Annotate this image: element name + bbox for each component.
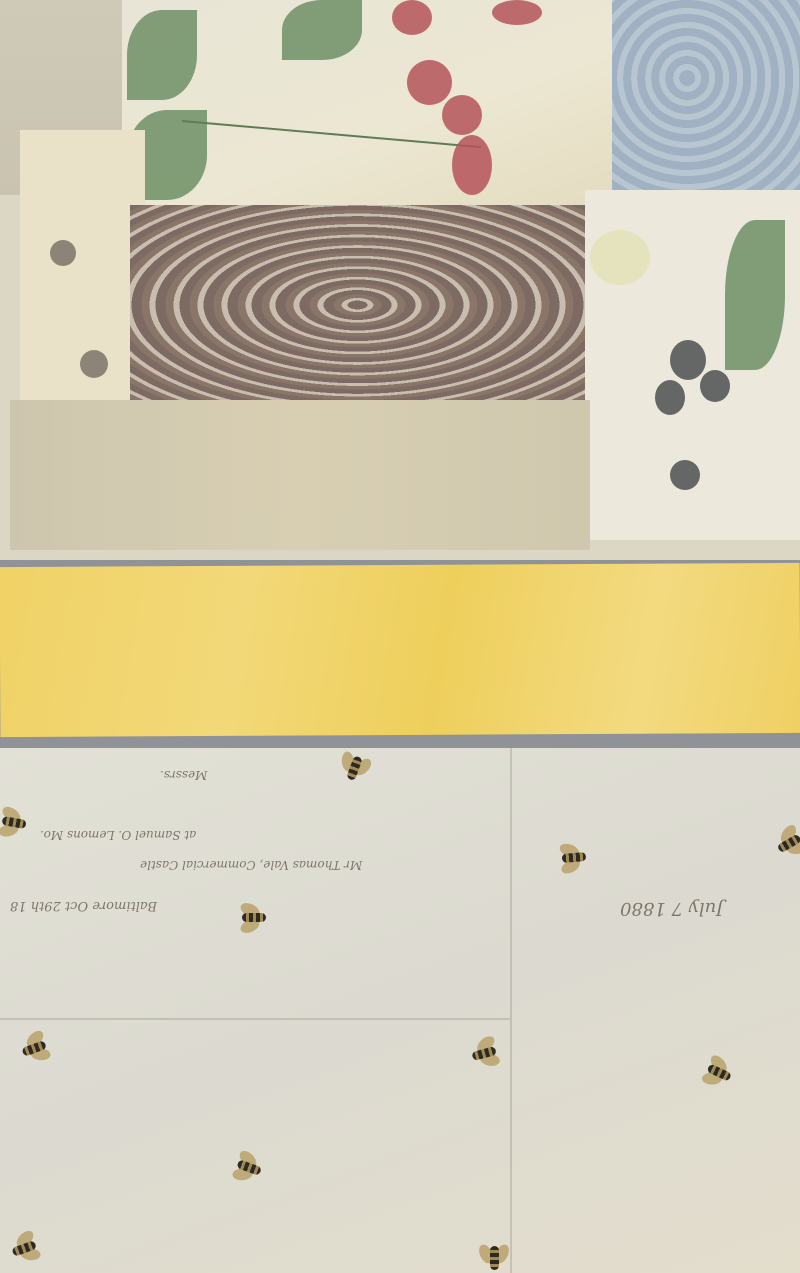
script-text: July 7 1880 bbox=[620, 898, 723, 919]
bee-icon bbox=[695, 1052, 743, 1094]
script-text: Mr Thomas Vale, Commercial Castle bbox=[140, 858, 362, 872]
coin-icon bbox=[80, 350, 108, 378]
brown-damask-patch bbox=[130, 205, 585, 405]
bee-icon bbox=[461, 1034, 507, 1071]
botanical-collage-fabric bbox=[0, 0, 800, 560]
geranium-bloom-icon bbox=[442, 95, 482, 135]
bee-icon bbox=[0, 806, 36, 841]
leaf-icon bbox=[725, 220, 785, 370]
blue-damask-patch bbox=[612, 0, 800, 195]
geranium-print-patch bbox=[122, 0, 612, 205]
geranium-bloom-icon bbox=[407, 60, 452, 105]
blackberry-icon bbox=[670, 340, 706, 380]
bee-icon bbox=[0, 1228, 47, 1268]
geranium-bloom-icon bbox=[452, 135, 492, 195]
coin-icon bbox=[50, 240, 76, 266]
bee-icon bbox=[225, 1148, 272, 1188]
bee-icon bbox=[480, 1238, 508, 1273]
script-text: Messrs. bbox=[160, 768, 207, 782]
bee-icon bbox=[765, 821, 800, 865]
blackberry-print-patch bbox=[585, 190, 800, 540]
bee-icon bbox=[234, 904, 274, 932]
blackberry-icon bbox=[655, 380, 685, 415]
sketch-patch bbox=[20, 130, 145, 400]
geranium-bloom-icon bbox=[492, 0, 542, 25]
bee-icon bbox=[10, 1028, 57, 1068]
blackberry-icon bbox=[700, 370, 730, 402]
stem bbox=[182, 120, 481, 148]
geranium-bloom-icon bbox=[392, 0, 432, 35]
script-text: Baltimore Oct 29th 18 bbox=[10, 898, 157, 913]
bee-icon bbox=[334, 744, 374, 791]
leaf-icon bbox=[282, 0, 362, 60]
bee-icon bbox=[553, 842, 595, 873]
bee-script-fabric: Messrs. Baltimore Oct 29th 18 Mr Thomas … bbox=[0, 748, 800, 1273]
script-text: at Samuel O. Lemons Mo. bbox=[40, 828, 196, 842]
blackberry-icon bbox=[670, 460, 700, 490]
blossom-icon bbox=[590, 230, 650, 285]
leaf-icon bbox=[127, 10, 197, 100]
yellow-solid-fabric bbox=[0, 563, 800, 737]
seam bbox=[0, 1018, 510, 1020]
seam bbox=[510, 748, 512, 1273]
faded-floral-patch bbox=[10, 400, 590, 550]
